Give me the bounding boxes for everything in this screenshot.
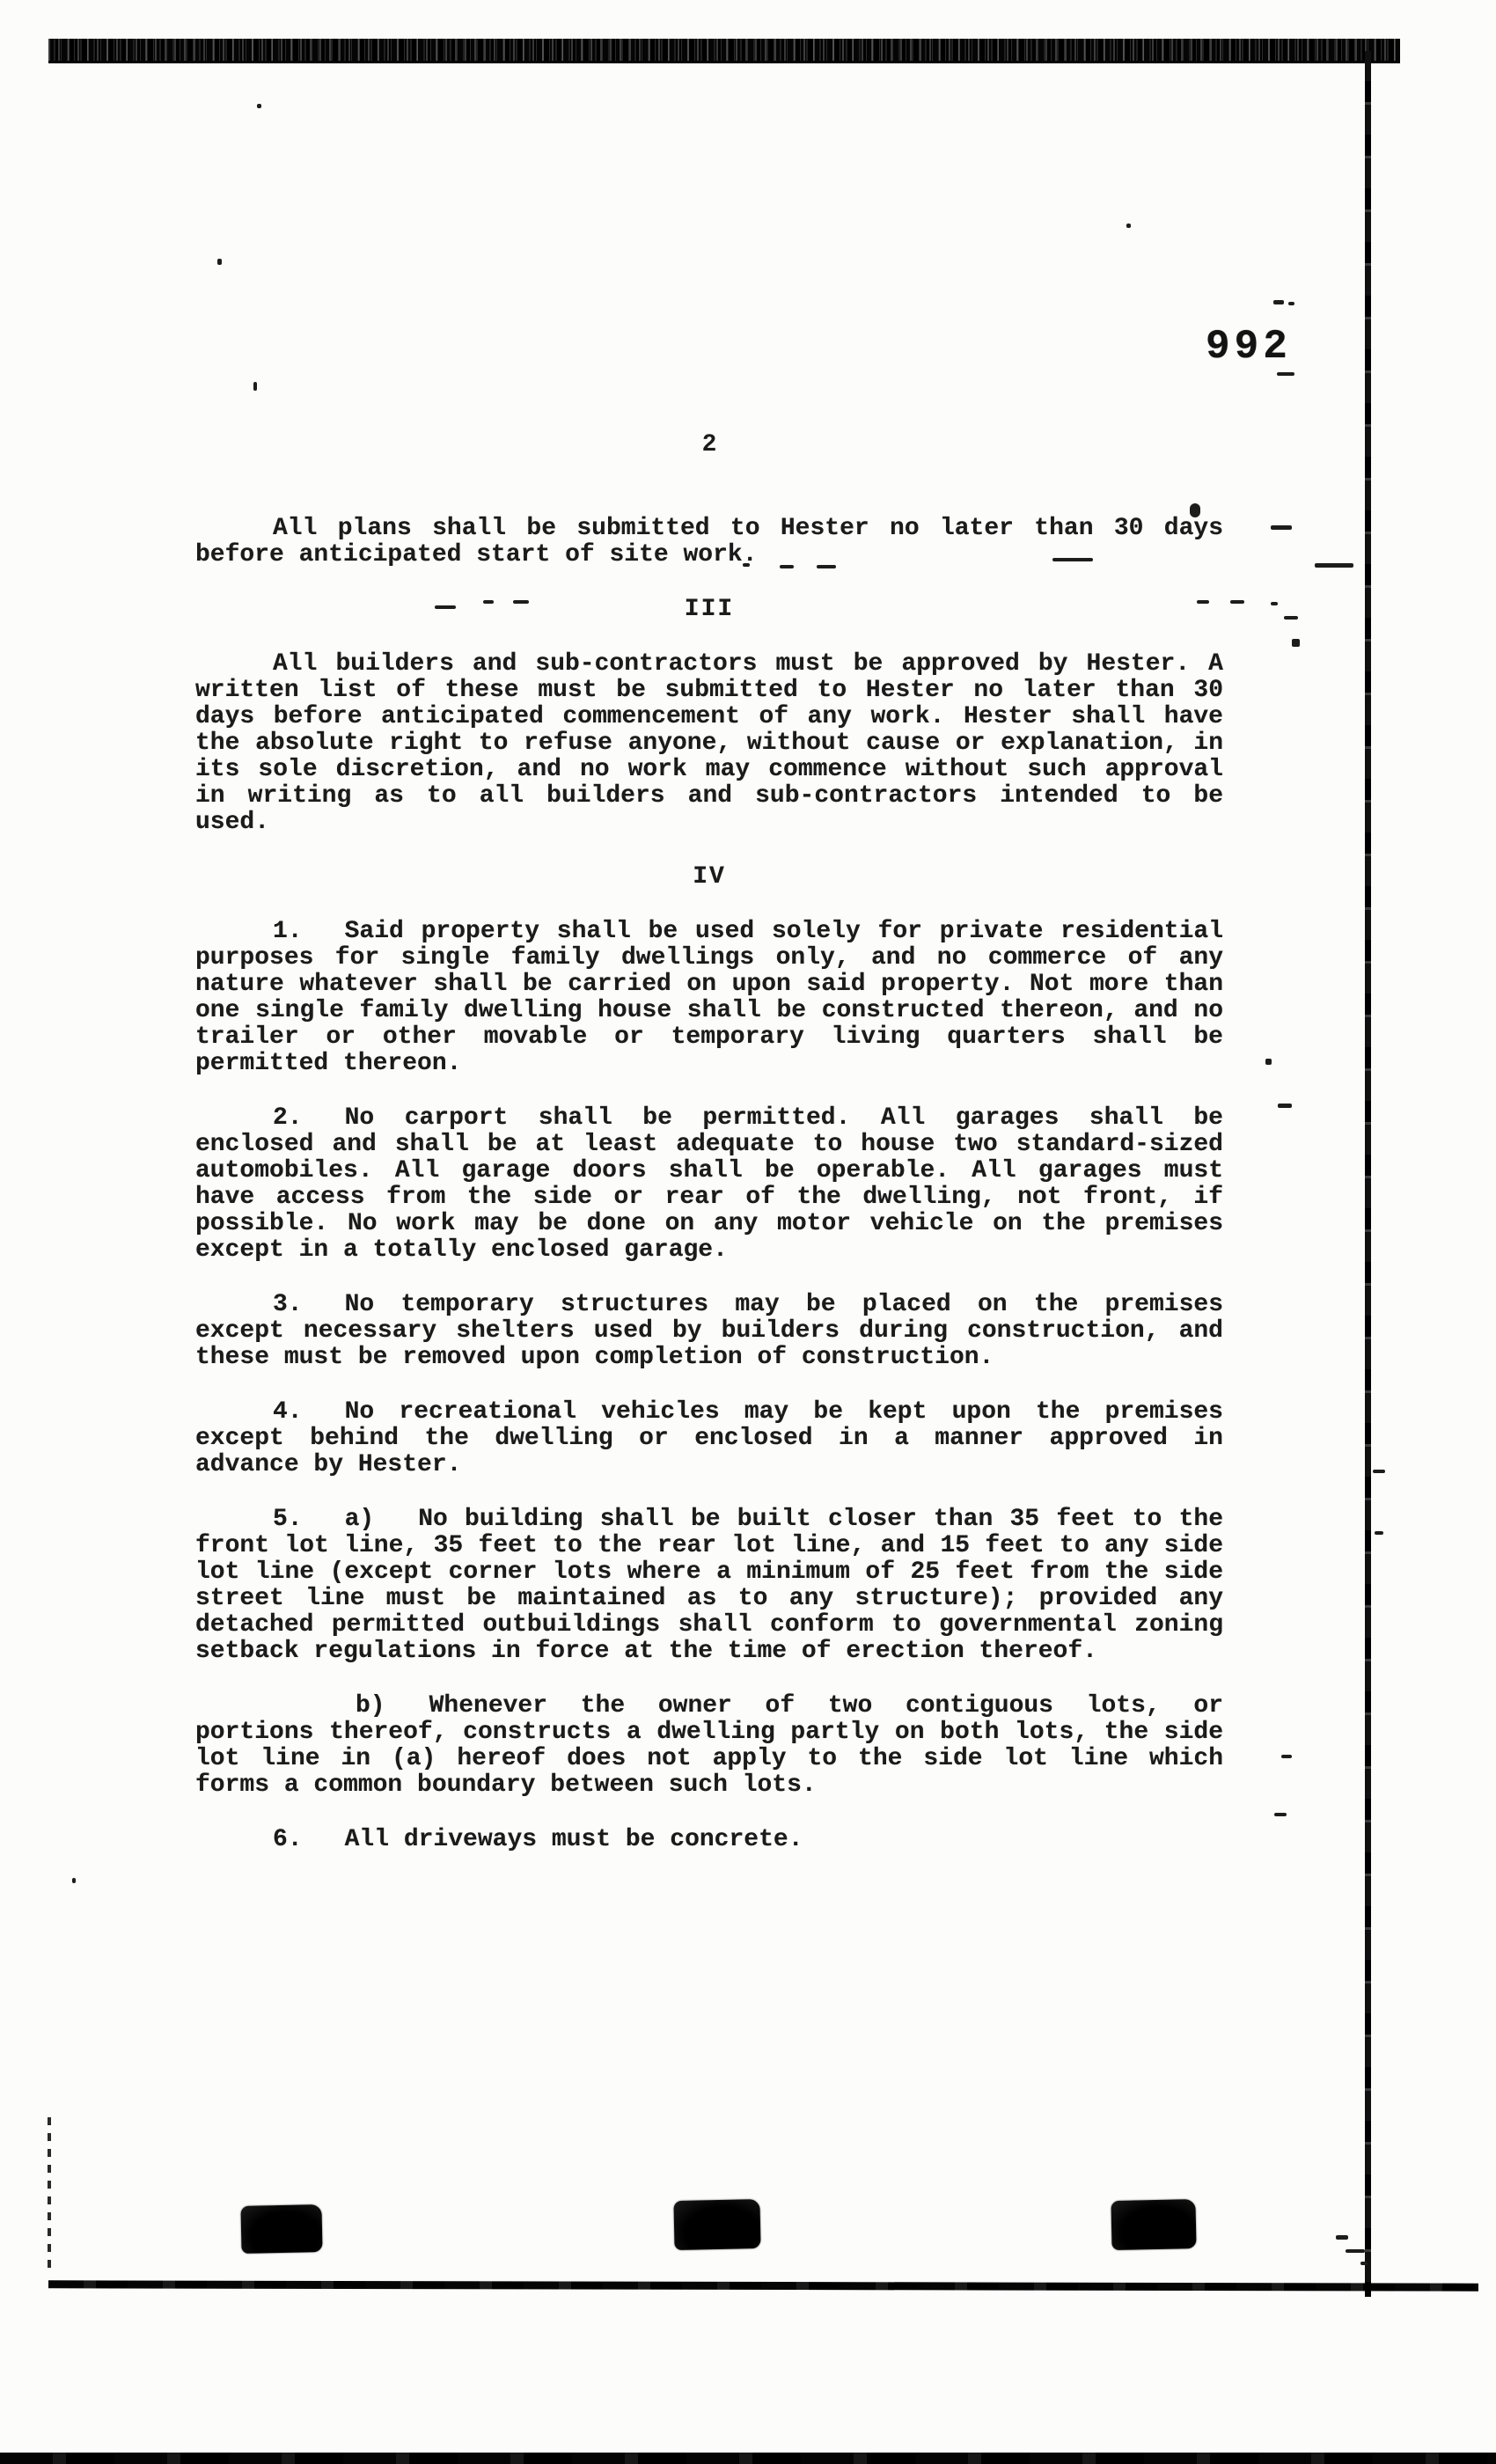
item-label: b) — [356, 1692, 385, 1720]
covenant-item-2: 2.No carport shall be permitted. All gar… — [195, 1105, 1223, 1264]
scan-artifact — [1274, 1813, 1287, 1816]
covenant-item-5b: b)Whenever the owner of two contiguous l… — [195, 1693, 1223, 1799]
item-text: No recreational vehicles may be kept upo… — [195, 1398, 1223, 1478]
item-number: 4. — [273, 1398, 303, 1426]
scan-right-border — [1365, 51, 1371, 2297]
scan-artifact — [1277, 372, 1294, 376]
covenant-item-6: 6.All driveways must be concrete. — [195, 1827, 1223, 1853]
scan-artifact — [1288, 302, 1294, 305]
scan-artifact — [1346, 2249, 1365, 2253]
item-text: All driveways must be concrete. — [345, 1826, 803, 1853]
item-label: a) — [345, 1506, 375, 1533]
section-iii-paragraph: All builders and sub-contractors must be… — [195, 651, 1223, 836]
document-page: 992 2 All plans shall be submitted to He… — [0, 0, 1496, 2464]
item-number: 1. — [273, 918, 303, 945]
scan-artifact — [1292, 639, 1300, 647]
scan-left-dotted-line — [48, 2117, 51, 2276]
item-text: No carport shall be permitted. All garag… — [195, 1104, 1223, 1264]
scan-artifact — [1281, 1755, 1292, 1758]
scan-artifact — [1360, 2262, 1368, 2265]
item-number: 5. — [273, 1506, 303, 1533]
covenant-item-5a: 5.a)No building shall be built closer th… — [195, 1507, 1223, 1665]
scan-bottom-rule — [48, 2280, 1478, 2291]
scan-artifact — [1375, 1531, 1383, 1535]
covenant-item-4: 4.No recreational vehicles may be kept u… — [195, 1399, 1223, 1478]
scan-artifact — [1230, 600, 1244, 604]
section-heading-iii: III — [195, 597, 1223, 623]
section-heading-iv: IV — [195, 864, 1223, 891]
scan-artifact — [1273, 300, 1284, 304]
scan-artifact — [253, 382, 257, 391]
covenant-item-3: 3.No temporary structures may be placed … — [195, 1292, 1223, 1371]
scan-top-border — [48, 39, 1400, 63]
scan-artifact — [1336, 2235, 1348, 2240]
page-number: 2 — [195, 431, 1223, 458]
scan-artifact — [1315, 563, 1353, 568]
ink-blob — [673, 2199, 760, 2250]
scan-artifact — [1271, 525, 1292, 530]
scan-artifact — [1265, 1059, 1272, 1065]
item-text: Whenever the owner of two contiguous lot… — [195, 1692, 1223, 1799]
ink-blob — [240, 2204, 322, 2254]
scan-artifact — [1126, 224, 1131, 228]
scan-artifact — [1373, 1470, 1385, 1473]
scan-artifact — [72, 1878, 76, 1883]
scan-artifact — [1284, 616, 1298, 620]
covenant-item-1: 1.Said property shall be used solely for… — [195, 919, 1223, 1077]
item-number: 2. — [273, 1104, 303, 1132]
document-body: All plans shall be submitted to Hester n… — [195, 516, 1223, 1853]
item-number: 3. — [273, 1291, 303, 1318]
scan-bottom-bar — [0, 2453, 1496, 2464]
ink-blob — [1111, 2199, 1196, 2250]
item-text: Said property shall be used solely for p… — [195, 918, 1223, 1077]
scan-artifact — [257, 104, 261, 108]
document-stamp-number: 992 — [1206, 324, 1292, 370]
scan-artifact — [217, 259, 222, 265]
item-number: 6. — [273, 1826, 303, 1853]
scan-artifact — [1271, 602, 1278, 605]
scan-artifact — [1278, 1104, 1292, 1108]
intro-paragraph: All plans shall be submitted to Hester n… — [195, 516, 1223, 568]
item-text: No temporary structures may be placed on… — [195, 1291, 1223, 1371]
